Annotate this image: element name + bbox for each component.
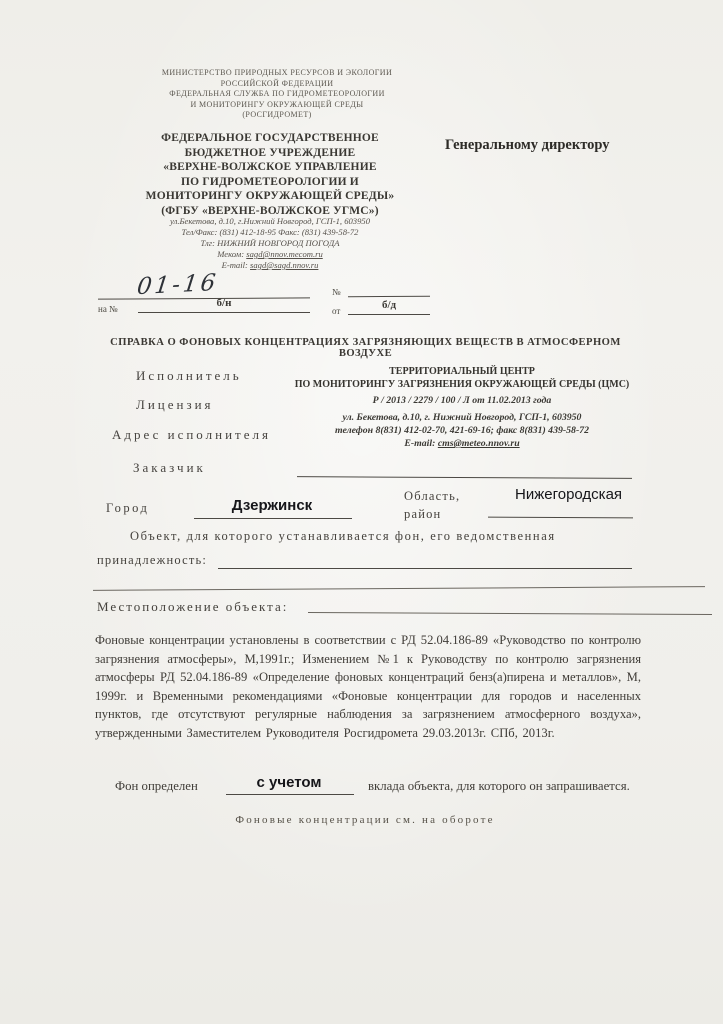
center-address: ул. Бекетова, д.10, г. Нижний Новгород, … xyxy=(288,411,636,424)
document-title: СПРАВКА О ФОНОВЫХ КОНЦЕНТРАЦИЯХ ЗАГРЯЗНЯ… xyxy=(98,337,633,359)
scanned-document-page: МИНИСТЕРСТВО ПРИРОДНЫХ РЕСУРСОВ И ЭКОЛОГ… xyxy=(0,0,723,1024)
region-label-line1: Область, xyxy=(404,489,460,504)
customer-label: Заказчик xyxy=(133,460,206,476)
addressee: Генеральному директору xyxy=(445,137,610,154)
contact-mecom: Меком: sagd@nnov.mecom.ru xyxy=(100,249,440,260)
center-email-label: E-mail: xyxy=(404,438,435,449)
object-location-blank-line xyxy=(308,612,712,615)
monitoring-center-block: ТЕРРИТОРИАЛЬНЫЙ ЦЕНТР ПО МОНИТОРИНГУ ЗАГ… xyxy=(288,366,636,450)
ministry-line: (РОСГИДРОМЕТ) xyxy=(112,110,442,121)
license-label: Лицензия xyxy=(136,397,214,413)
institution-line: МОНИТОРИНГУ ОКРУЖАЮЩЕЙ СРЕДЫ» xyxy=(100,189,440,204)
executor-label: Исполнитель xyxy=(136,368,242,384)
city-blank-line xyxy=(194,518,352,519)
region-label-line2: район xyxy=(404,507,441,522)
city-label: Город xyxy=(106,501,149,516)
institution-line: ФЕДЕРАЛЬНОЕ ГОСУДАРСТВЕННОЕ xyxy=(100,131,440,146)
center-email: E-mail: cms@meteo.nnov.ru xyxy=(288,437,636,450)
object-line1: Объект, для которого устанавливается фон… xyxy=(130,529,635,544)
no-date-value: б/д xyxy=(348,299,430,311)
object-line2: принадлежность: xyxy=(97,553,207,568)
mecom-address: sagd@nnov.mecom.ru xyxy=(246,249,322,259)
city-value: Дзержинск xyxy=(196,497,348,514)
no-number-value: б/н xyxy=(138,297,310,309)
ministry-line: И МОНИТОРИНГУ ОКРУЖАЮЩЕЙ СРЕДЫ xyxy=(112,100,442,111)
number-label: № xyxy=(332,287,341,297)
fon-suffix: вклада объекта, для которого он запрашив… xyxy=(368,779,630,794)
contact-phone: Тел/Факс: (831) 412-18-95 Факс: (831) 43… xyxy=(100,227,440,238)
region-value: Нижегородская xyxy=(515,486,622,503)
center-email-address: cms@meteo.nnov.ru xyxy=(438,438,520,449)
executor-address-label: Адрес исполнителя xyxy=(112,427,271,443)
body-paragraph: Фоновые концентрации установлены в соотв… xyxy=(95,631,641,743)
number-blank-line xyxy=(348,296,430,298)
ot-blank-line xyxy=(348,314,430,315)
center-name-line2: ПО МОНИТОРИНГУ ЗАГРЯЗНЕНИЯ ОКРУЖАЮЩЕЙ СР… xyxy=(288,379,636,392)
letterhead-contacts: ул.Бекетова, д.10, г.Нижний Новгород, ГС… xyxy=(100,216,440,271)
contact-telegraph: Тлг: НИЖНИЙ НОВГОРОД ПОГОДА xyxy=(100,238,440,249)
object-blank-line-2 xyxy=(93,586,705,591)
ot-label: от xyxy=(332,306,340,316)
center-license: Р / 2013 / 2279 / 100 / Л от 11.02.2013 … xyxy=(288,394,636,407)
object-blank-line-1 xyxy=(218,568,632,569)
institution-line: «ВЕРХНЕ-ВОЛЖСКОЕ УПРАВЛЕНИЕ xyxy=(100,160,440,175)
email-address: sagd@sagd.nnov.ru xyxy=(250,260,318,270)
fon-prefix: Фон определен xyxy=(115,779,198,794)
institution-name: ФЕДЕРАЛЬНОЕ ГОСУДАРСТВЕННОЕ БЮДЖЕТНОЕ УЧ… xyxy=(100,131,440,218)
na-no-label: на № xyxy=(98,304,118,314)
mecom-label: Меком: xyxy=(217,249,244,259)
fon-blank-line xyxy=(226,794,354,795)
handwritten-date: 01-16 xyxy=(135,270,219,300)
ministry-header: МИНИСТЕРСТВО ПРИРОДНЫХ РЕСУРСОВ И ЭКОЛОГ… xyxy=(112,68,442,121)
center-phone: телефон 8(831) 412-02-70, 421-69-16; фак… xyxy=(288,424,636,437)
ministry-line: ФЕДЕРАЛЬНАЯ СЛУЖБА ПО ГИДРОМЕТЕОРОЛОГИИ xyxy=(112,89,442,100)
region-blank-line xyxy=(488,517,633,519)
contact-email: E-mail: sagd@sagd.nnov.ru xyxy=(100,260,440,271)
customer-blank-line xyxy=(297,476,632,479)
contact-address: ул.Бекетова, д.10, г.Нижний Новгород, ГС… xyxy=(100,216,440,227)
ministry-line: МИНИСТЕРСТВО ПРИРОДНЫХ РЕСУРСОВ И ЭКОЛОГ… xyxy=(112,68,442,79)
institution-line: БЮДЖЕТНОЕ УЧРЕЖДЕНИЕ xyxy=(100,146,440,161)
footer-note: Фоновые концентрации см. на обороте xyxy=(150,814,580,826)
object-location-label: Местоположение объекта: xyxy=(97,599,288,615)
na-no-blank-line xyxy=(138,312,310,313)
fon-value: с учетом xyxy=(228,774,350,791)
ministry-line: РОССИЙСКОЙ ФЕДЕРАЦИИ xyxy=(112,79,442,90)
institution-line: ПО ГИДРОМЕТЕОРОЛОГИИ И xyxy=(100,175,440,190)
center-name-line1: ТЕРРИТОРИАЛЬНЫЙ ЦЕНТР xyxy=(288,366,636,379)
email-label: E-mail: xyxy=(222,260,248,270)
